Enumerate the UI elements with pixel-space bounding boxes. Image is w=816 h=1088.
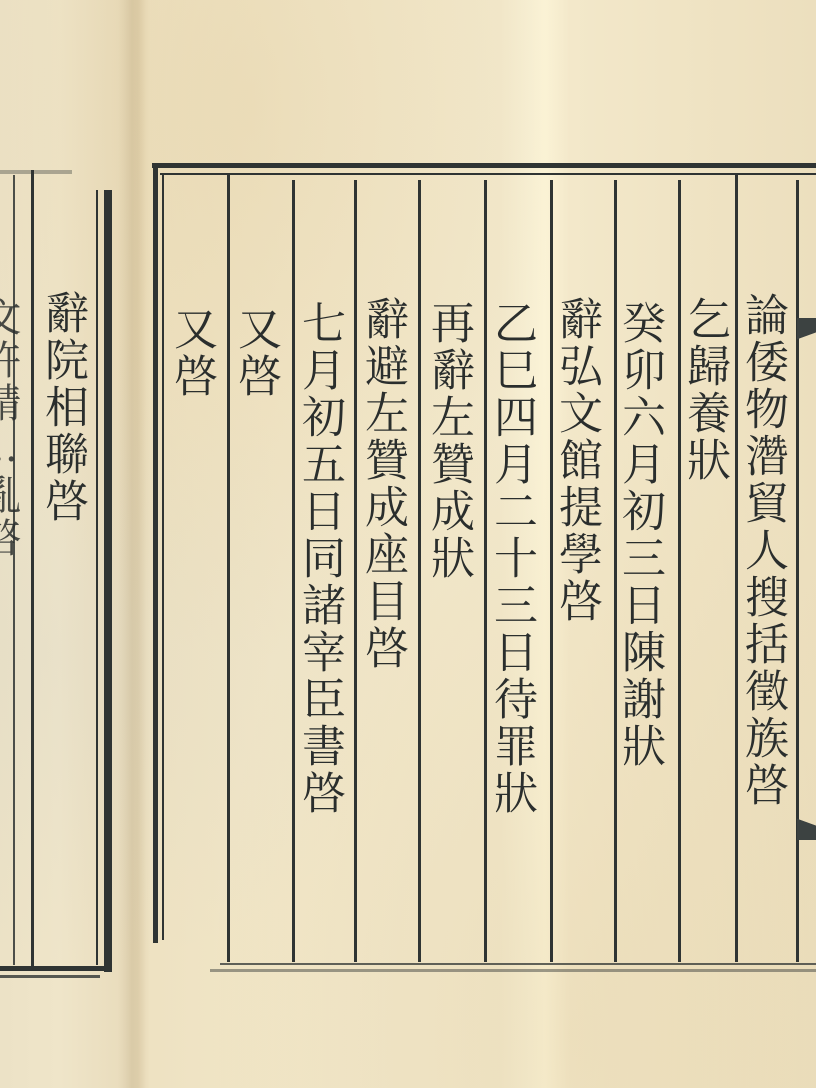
column-rule xyxy=(418,180,421,962)
right-column-10: 又啓 xyxy=(170,306,212,400)
fold-margin-title xyxy=(798,360,816,720)
right-column-2: 乞歸養狀 xyxy=(683,296,725,484)
right-column-5: 乙巳四月二十三日待罪狀 xyxy=(492,300,531,817)
left-page-bottom-border xyxy=(0,966,112,971)
right-column-8: 七月初五日同諸宰臣書啓 xyxy=(300,300,338,817)
right-page-left-border-outer xyxy=(153,165,158,943)
lower-fish-tail-mark xyxy=(797,800,816,840)
left-page-inner-border xyxy=(96,190,98,965)
column-rule xyxy=(227,175,230,962)
right-column-4: 辭弘文館提學啓 xyxy=(556,296,596,625)
right-column-6: 再辭左贊成狀 xyxy=(428,300,468,582)
left-column-1: 辭院相聯啓 xyxy=(32,290,92,525)
right-page-bottom-border xyxy=(220,963,816,965)
right-column-3: 癸卯六月初三日陳謝狀 xyxy=(620,300,659,770)
right-column-7: 辭避左贊成座目啓 xyxy=(362,296,402,672)
right-page-bottom-border-outer xyxy=(210,969,816,972)
right-column-9: 又啓 xyxy=(234,306,276,400)
right-page-top-border-inner xyxy=(160,173,816,175)
left-column-partial: 文許請…亂啓 xyxy=(0,296,24,560)
left-page-bottom-border-outer xyxy=(0,975,100,978)
left-page-top-border xyxy=(0,170,72,174)
right-column-1: 論倭物濳貿人搜括徵族啓 xyxy=(741,292,783,809)
gutter-shadow xyxy=(118,0,146,1088)
upper-fish-tail-mark xyxy=(797,318,816,358)
right-page-top-border-outer xyxy=(152,163,816,168)
left-page-column-line-2 xyxy=(13,175,15,965)
left-page-outer-border xyxy=(104,190,112,972)
right-page-left-border-inner xyxy=(162,175,164,940)
